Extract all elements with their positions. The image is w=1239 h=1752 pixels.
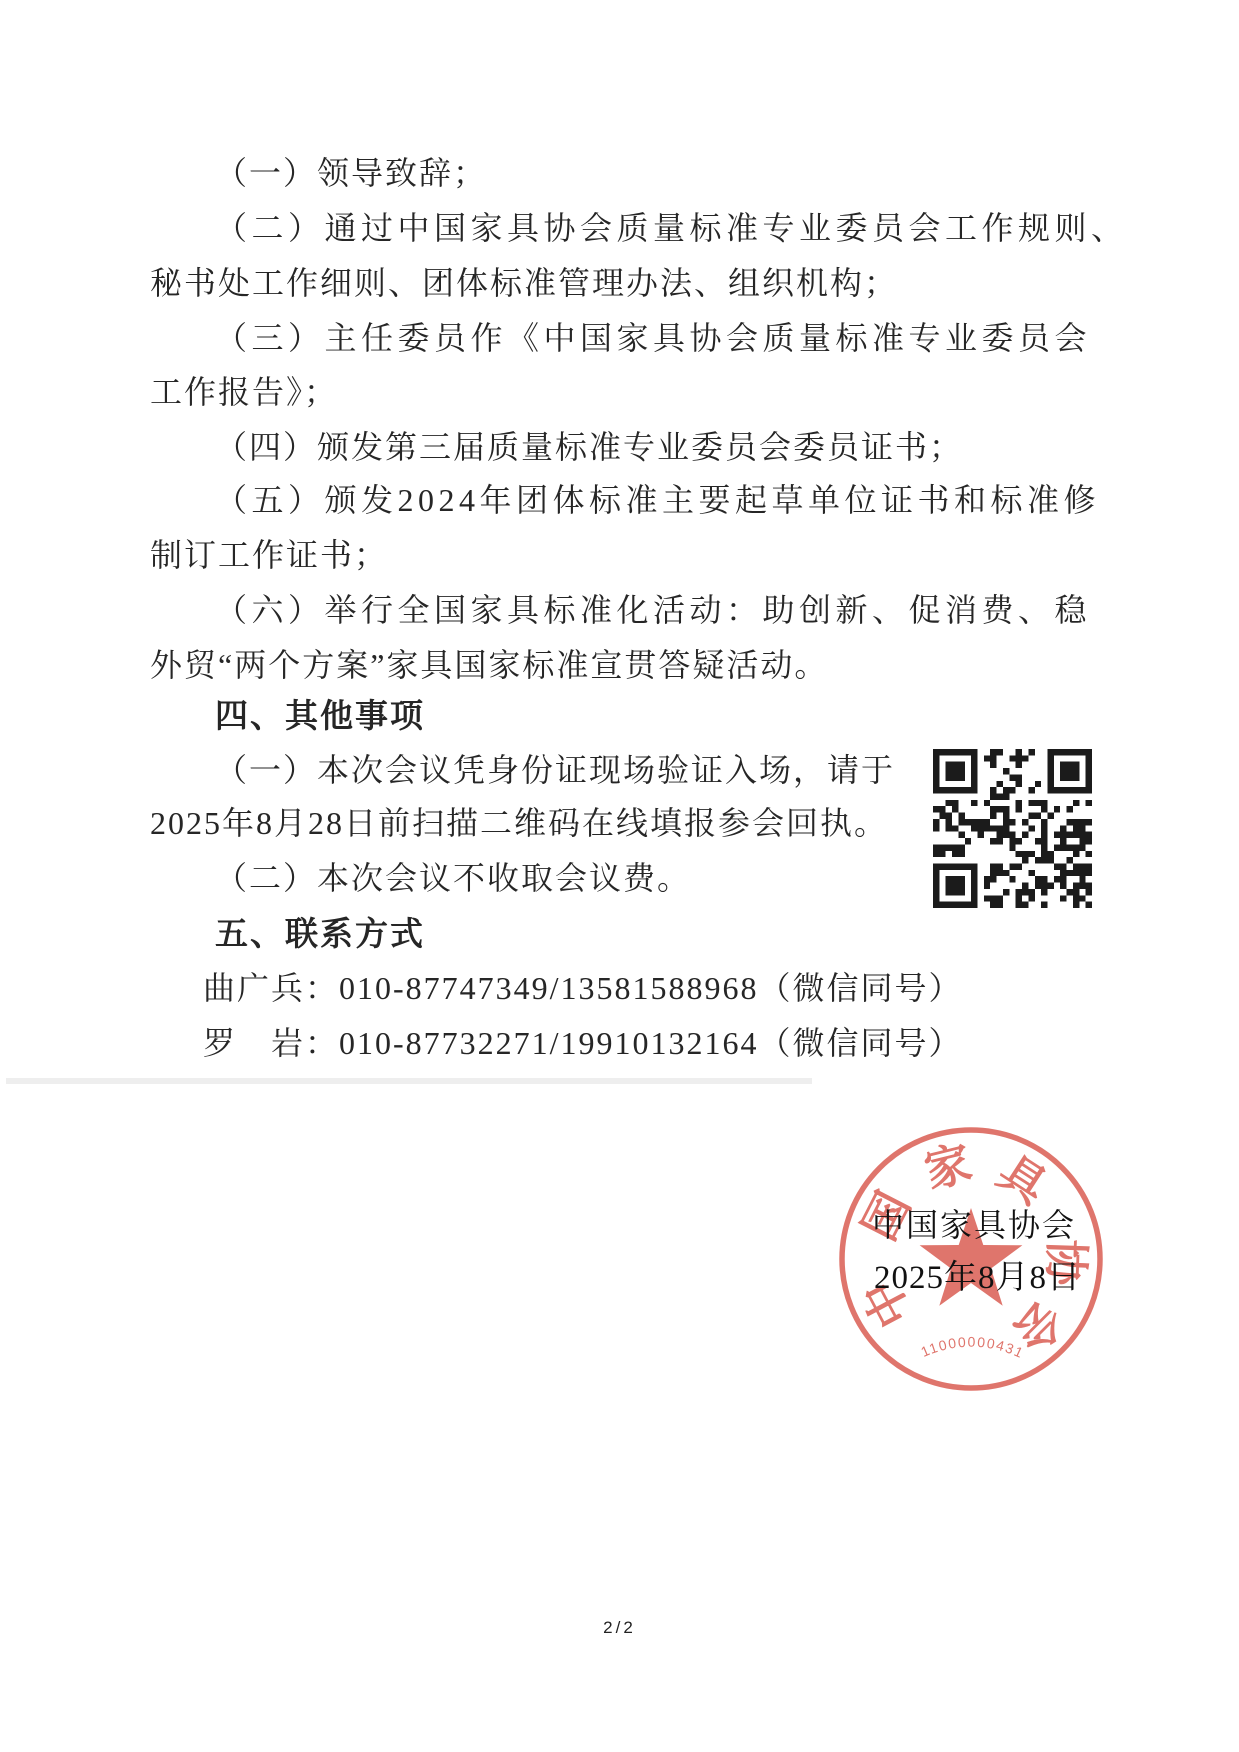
document-line: 外贸“两个方案”家具国家标准宣贯答疑活动。 xyxy=(150,638,1095,693)
qr-code-icon xyxy=(933,749,1092,908)
signing-organization: 中国家具协会 xyxy=(872,1203,1076,1247)
signing-date: 2025年8月8日 xyxy=(874,1256,1081,1300)
document-line: （三）主任委员作《中国家具协会质量标准专业委员会 xyxy=(150,311,1095,366)
document-line: （五）颁发2024年团体标准主要起草单位证书和标准修 xyxy=(150,473,1095,528)
document-line: （六）举行全国家具标准化活动：助创新、促消费、稳 xyxy=(150,583,1095,638)
contact-line: 曲广兵：010-87747349/13581588968（微信同号） xyxy=(150,961,1095,1016)
document-line: 工作报告》； xyxy=(150,365,1095,420)
document-page: （一）领导致辞； （二）通过中国家具协会质量标准专业委员会工作规则、 秘书处工作… xyxy=(0,0,1239,1752)
document-line: （一）领导致辞； xyxy=(150,146,1095,201)
section-heading-contact: 五、联系方式 xyxy=(150,906,1095,961)
seal-ring-char: 家 xyxy=(920,1137,977,1198)
document-line: 秘书处工作细则、团体标准管理办法、组织机构； xyxy=(150,256,1095,311)
document-line: 制订工作证书； xyxy=(150,528,1095,583)
contact-line: 罗 岩：010-87732271/19910132164（微信同号） xyxy=(150,1016,1095,1071)
section-heading-other-matters: 四、其他事项 xyxy=(150,688,1095,743)
scan-artifact-line xyxy=(6,1078,812,1084)
document-line: （二）通过中国家具协会质量标准专业委员会工作规则、 xyxy=(150,201,1095,256)
document-line: （四）颁发第三届质量标准专业委员会委员证书； xyxy=(150,420,1095,475)
page-number: 2/2 xyxy=(0,1618,1239,1638)
